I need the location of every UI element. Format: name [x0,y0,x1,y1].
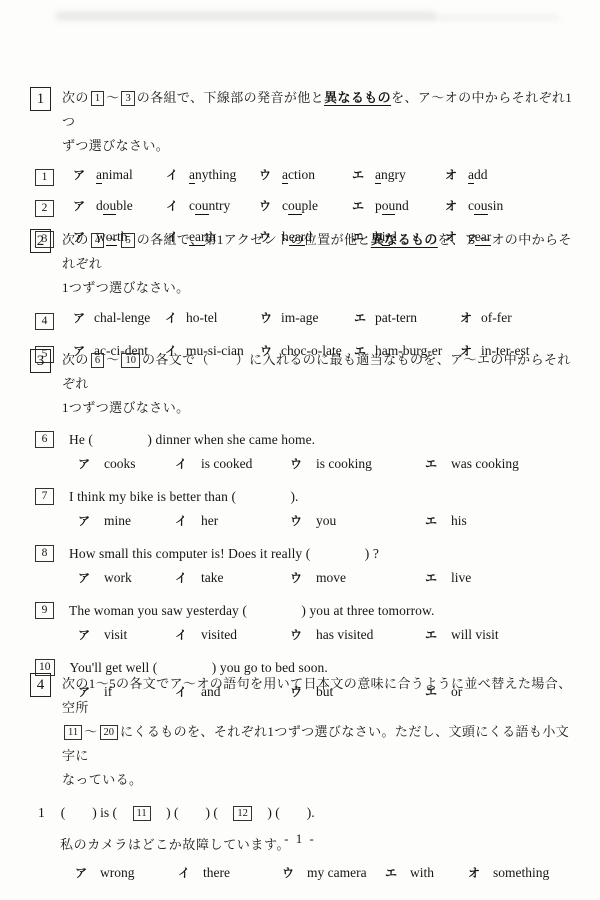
option: オadd [445,166,488,184]
option-word: her [201,513,218,528]
option-word: action [282,167,315,184]
scan-artifact [55,11,435,21]
option-word: will visit [451,627,499,642]
ref-number-box: 20 [100,725,119,740]
section-3-instruction-line2: 1つずつ選びなさい。 [62,396,575,420]
tilde: ～ [106,90,119,105]
option-word: pat-tern [375,310,417,325]
option-letter: エ [425,455,451,472]
emphasized-text: 異なるもの [324,90,391,105]
instruction-text: にくるものを、それぞれ1つずつ選びなさい。ただし、文頭にくる語も小文字に [62,724,569,763]
word-post: ntry [209,198,231,213]
question-9-options: アvisit イvisited ウhas visited エwill visit [78,626,575,648]
option-word: was cooking [451,456,519,471]
option-letter: ア [75,864,100,881]
option-letter: イ [166,197,189,214]
answer-slot-box: 11 [133,806,151,821]
tilde: ～ [106,352,119,367]
exam-page: 1 次の1～3の各組で、下線部の発音が他と異なるものを、ア～オの中からそれぞれ1… [0,0,600,900]
ref-number-box: 3 [121,91,134,106]
option-word: anything [189,167,236,184]
section-4-instruction-line2: 11～20にくるものを、それぞれ1つずつ選びなさい。ただし、文頭にくる語も小文字… [62,720,575,768]
option-word: move [316,570,346,585]
section-1-instruction-line2: ずつ選びなさい。 [62,134,575,158]
option-letter: ア [78,455,104,472]
option-word: live [451,570,471,585]
option-letter: ア [78,569,104,586]
section-4-instruction-line3: なっている。 [62,768,575,792]
instruction-text: 次の [62,232,89,247]
option-word: add [468,167,488,184]
word-underlined: ou [474,198,488,215]
option-word: double [96,198,133,215]
option: アmine [78,512,175,534]
option-letter: ウ [260,309,281,326]
option-word: is cooked [201,456,252,471]
option-word: visited [201,627,237,642]
tilde: ～ [106,232,119,247]
option-word: visit [104,627,127,642]
instruction-text: 次の [62,90,89,105]
reorder-item-1-options: アwrong イthere ウmy camera エwith オsomethin… [75,864,575,886]
option-word: his [451,513,467,528]
option-letter: エ [354,309,375,326]
option-word: there [203,865,230,880]
option: エpat-tern [354,309,460,327]
option: エpound [352,197,445,215]
word-post: dd [474,167,488,182]
option: イanything [166,166,259,184]
blank-pattern: ( ) is ( [61,805,131,820]
question-8-options: アwork イtake ウmove エlive [78,569,575,591]
question-number-box: 8 [35,545,54,562]
question-row-4: 4 アchal-lenge イho-tel ウim-age エpat-tern … [35,309,575,333]
option-letter: ウ [290,626,316,643]
question-number-box: 4 [35,313,54,330]
option-word: country [189,198,230,215]
option-word: couple [282,198,318,215]
question-row-2: 2 アdouble イcountry ウcouple エpound オcousi… [35,197,575,220]
section-4-reorder: 4 次の1～5の各文でア～オの語句を用いて日本文の意味に合うように並べ替えた場合… [30,672,575,886]
option: エwith [385,864,468,886]
option-word: angry [375,167,406,184]
ref-number-box: 6 [91,353,104,368]
option-word: is cooking [316,456,372,471]
option: エhis [425,512,467,534]
option-letter: エ [352,197,375,214]
option: イvisited [175,626,290,648]
word-post: ction [288,167,315,182]
ref-number-box: 1 [91,91,104,106]
section-2-instruction-line1: 次の4～5の各組で、第1アクセントの位置が他と異なるものを、ア～オの中からそれぞ… [62,228,575,276]
word-post: nd [395,198,409,213]
option-letter: ア [78,626,104,643]
word-pre: p [375,198,382,213]
option: アcooks [78,455,175,477]
option-word: my camera [307,865,367,880]
option-word: ho-tel [186,310,218,325]
option-letter: オ [468,864,493,881]
option-letter: ア [73,166,96,183]
answer-slot-box: 12 [233,806,252,821]
option: エangry [352,166,445,184]
page-number: - 1 - [0,831,600,847]
question-sentence: I think my bike is better than ( ). [69,485,299,505]
word-post: nything [195,167,236,182]
tilde: ～ [84,724,97,739]
option: アanimal [73,166,166,184]
option: ウis cooking [290,455,425,477]
ref-number-box: 5 [121,233,134,248]
option-word: chal-lenge [94,310,150,325]
section-number-box: 1 [30,87,51,111]
option-letter: イ [178,864,203,881]
option-word: mine [104,513,131,528]
option-word: work [104,570,132,585]
question-9: 9 The woman you saw yesterday ( ) you at… [35,599,575,621]
question-6: 6 He ( ) dinner when she came home. [35,428,575,450]
option-word: something [493,865,549,880]
option-letter: エ [425,569,451,586]
option-word: of-fer [481,310,512,325]
section-3-instruction-line1: 次の6～10の各文で（ ）に入れるのに最も適当なものを、ア～エの中からそれぞれ [62,348,575,396]
option: ウmy camera [282,864,385,886]
section-number-box: 3 [30,349,51,373]
option-word: im-age [281,310,318,325]
option-word: animal [96,167,133,184]
option-letter: エ [425,512,451,529]
option: イthere [178,864,282,886]
section-1-pronunciation: 1 次の1～3の各組で、下線部の発音が他と異なるものを、ア～オの中からそれぞれ1… [30,86,575,251]
option: イcountry [166,197,259,215]
option-word: you [316,513,336,528]
option: アwrong [75,864,178,886]
option-letter: ア [73,197,96,214]
question-number-box: 9 [35,602,54,619]
word-underlined: ou [195,198,209,215]
option-letter: イ [175,569,201,586]
question-7-options: アmine イher ウyou エhis [78,512,575,534]
option: ウaction [259,166,352,184]
question-number-box: 6 [35,431,54,448]
option-letter: ウ [259,166,282,183]
question-sentence: The woman you saw yesterday ( ) you at t… [69,599,434,619]
question-number-box: 7 [35,488,54,505]
option: ウim-age [260,309,354,327]
word-underlined: ou [382,198,396,215]
question-sentence: He ( ) dinner when she came home. [69,428,315,448]
option-word: take [201,570,224,585]
option-word: has visited [316,627,373,642]
scan-artifact [430,14,560,21]
option-letter: イ [175,455,201,472]
emphasized-text: 異なるもの [371,232,438,247]
option-letter: エ [385,864,410,881]
option-letter: イ [175,512,201,529]
option-letter: ウ [290,569,316,586]
option: オof-fer [460,309,512,327]
word-underlined: ou [288,198,302,215]
question-sentence: How small this computer is! Does it real… [69,542,379,562]
option-word: wrong [100,865,135,880]
item-label: 1 [38,805,45,820]
option-letter: イ [175,626,201,643]
option: ウmove [290,569,425,591]
blank-pattern: ) ( ). [254,805,315,820]
option-letter: ウ [282,864,307,881]
option-letter: オ [460,309,481,326]
ref-number-box: 4 [91,233,104,248]
instruction-text: の各組で、下線部の発音が他と [137,90,324,105]
ref-number-box: 11 [64,725,82,740]
word-pre: d [96,198,103,213]
option-letter: ア [73,309,94,326]
option: ウcouple [259,197,352,215]
option: イho-tel [165,309,260,327]
option-letter: オ [445,166,468,183]
question-number-box: 1 [35,169,54,186]
question-number-box: 2 [35,200,54,217]
section-number-box: 4 [30,673,51,697]
option: エwill visit [425,626,499,648]
option: イtake [175,569,290,591]
section-2-instruction-line2: 1つずつ選びなさい。 [62,276,575,300]
word-post: ble [116,198,133,213]
option-letter: イ [166,166,189,183]
option: イis cooked [175,455,290,477]
option-word: pound [375,198,409,215]
section-2-accent: 2 次の4～5の各組で、第1アクセントの位置が他と異なるものを、ア～オの中からそ… [30,228,575,366]
instruction-text: の各組で、第1アクセントの位置が他と [137,232,371,247]
option-letter: エ [425,626,451,643]
option-word: with [410,865,434,880]
question-6-options: アcooks イis cooked ウis cooking エwas cooki… [78,455,575,477]
option-letter: ウ [290,512,316,529]
option: アdouble [73,197,166,215]
option-letter: ア [78,512,104,529]
word-post: ple [302,198,319,213]
option-letter: オ [445,197,468,214]
word-post: sin [488,198,504,213]
option: オsomething [468,864,549,886]
option-letter: イ [165,309,186,326]
question-7: 7 I think my bike is better than ( ). [35,485,575,507]
option: アwork [78,569,175,591]
word-post: ngry [381,167,406,182]
option: エwas cooking [425,455,519,477]
instruction-text: 次の [62,352,89,367]
option: オcousin [445,197,503,215]
option-word: cousin [468,198,503,215]
option-word: cooks [104,456,136,471]
option: アvisit [78,626,175,648]
option: ウhas visited [290,626,425,648]
option: エlive [425,569,471,591]
reorder-item-1: 1( ) is ( 11 ) ( ) ( 12 ) ( ). [38,801,575,823]
question-row-1: 1 アanimal イanything ウaction エangry オadd [35,166,575,189]
section-3-fill-blank: 3 次の6～10の各文で（ ）に入れるのに最も適当なものを、ア～エの中からそれぞ… [30,348,575,705]
option: アchal-lenge [73,309,165,327]
word-post: nimal [102,167,133,182]
option-letter: ウ [259,197,282,214]
option: ウyou [290,512,425,534]
option-letter: エ [352,166,375,183]
word-underlined: ou [103,198,117,215]
blank-pattern: ) ( ) ( [153,805,232,820]
question-8: 8 How small this computer is! Does it re… [35,542,575,564]
option: イher [175,512,290,534]
option-letter: ウ [290,455,316,472]
section-number-box: 2 [30,229,51,253]
ref-number-box: 10 [121,353,140,368]
section-4-instruction-line1: 次の1～5の各文でア～オの語句を用いて日本文の意味に合うように並べ替えた場合、空… [62,672,575,720]
section-1-instruction-line1: 次の1～3の各組で、下線部の発音が他と異なるものを、ア～オの中からそれぞれ1つ [62,86,575,134]
